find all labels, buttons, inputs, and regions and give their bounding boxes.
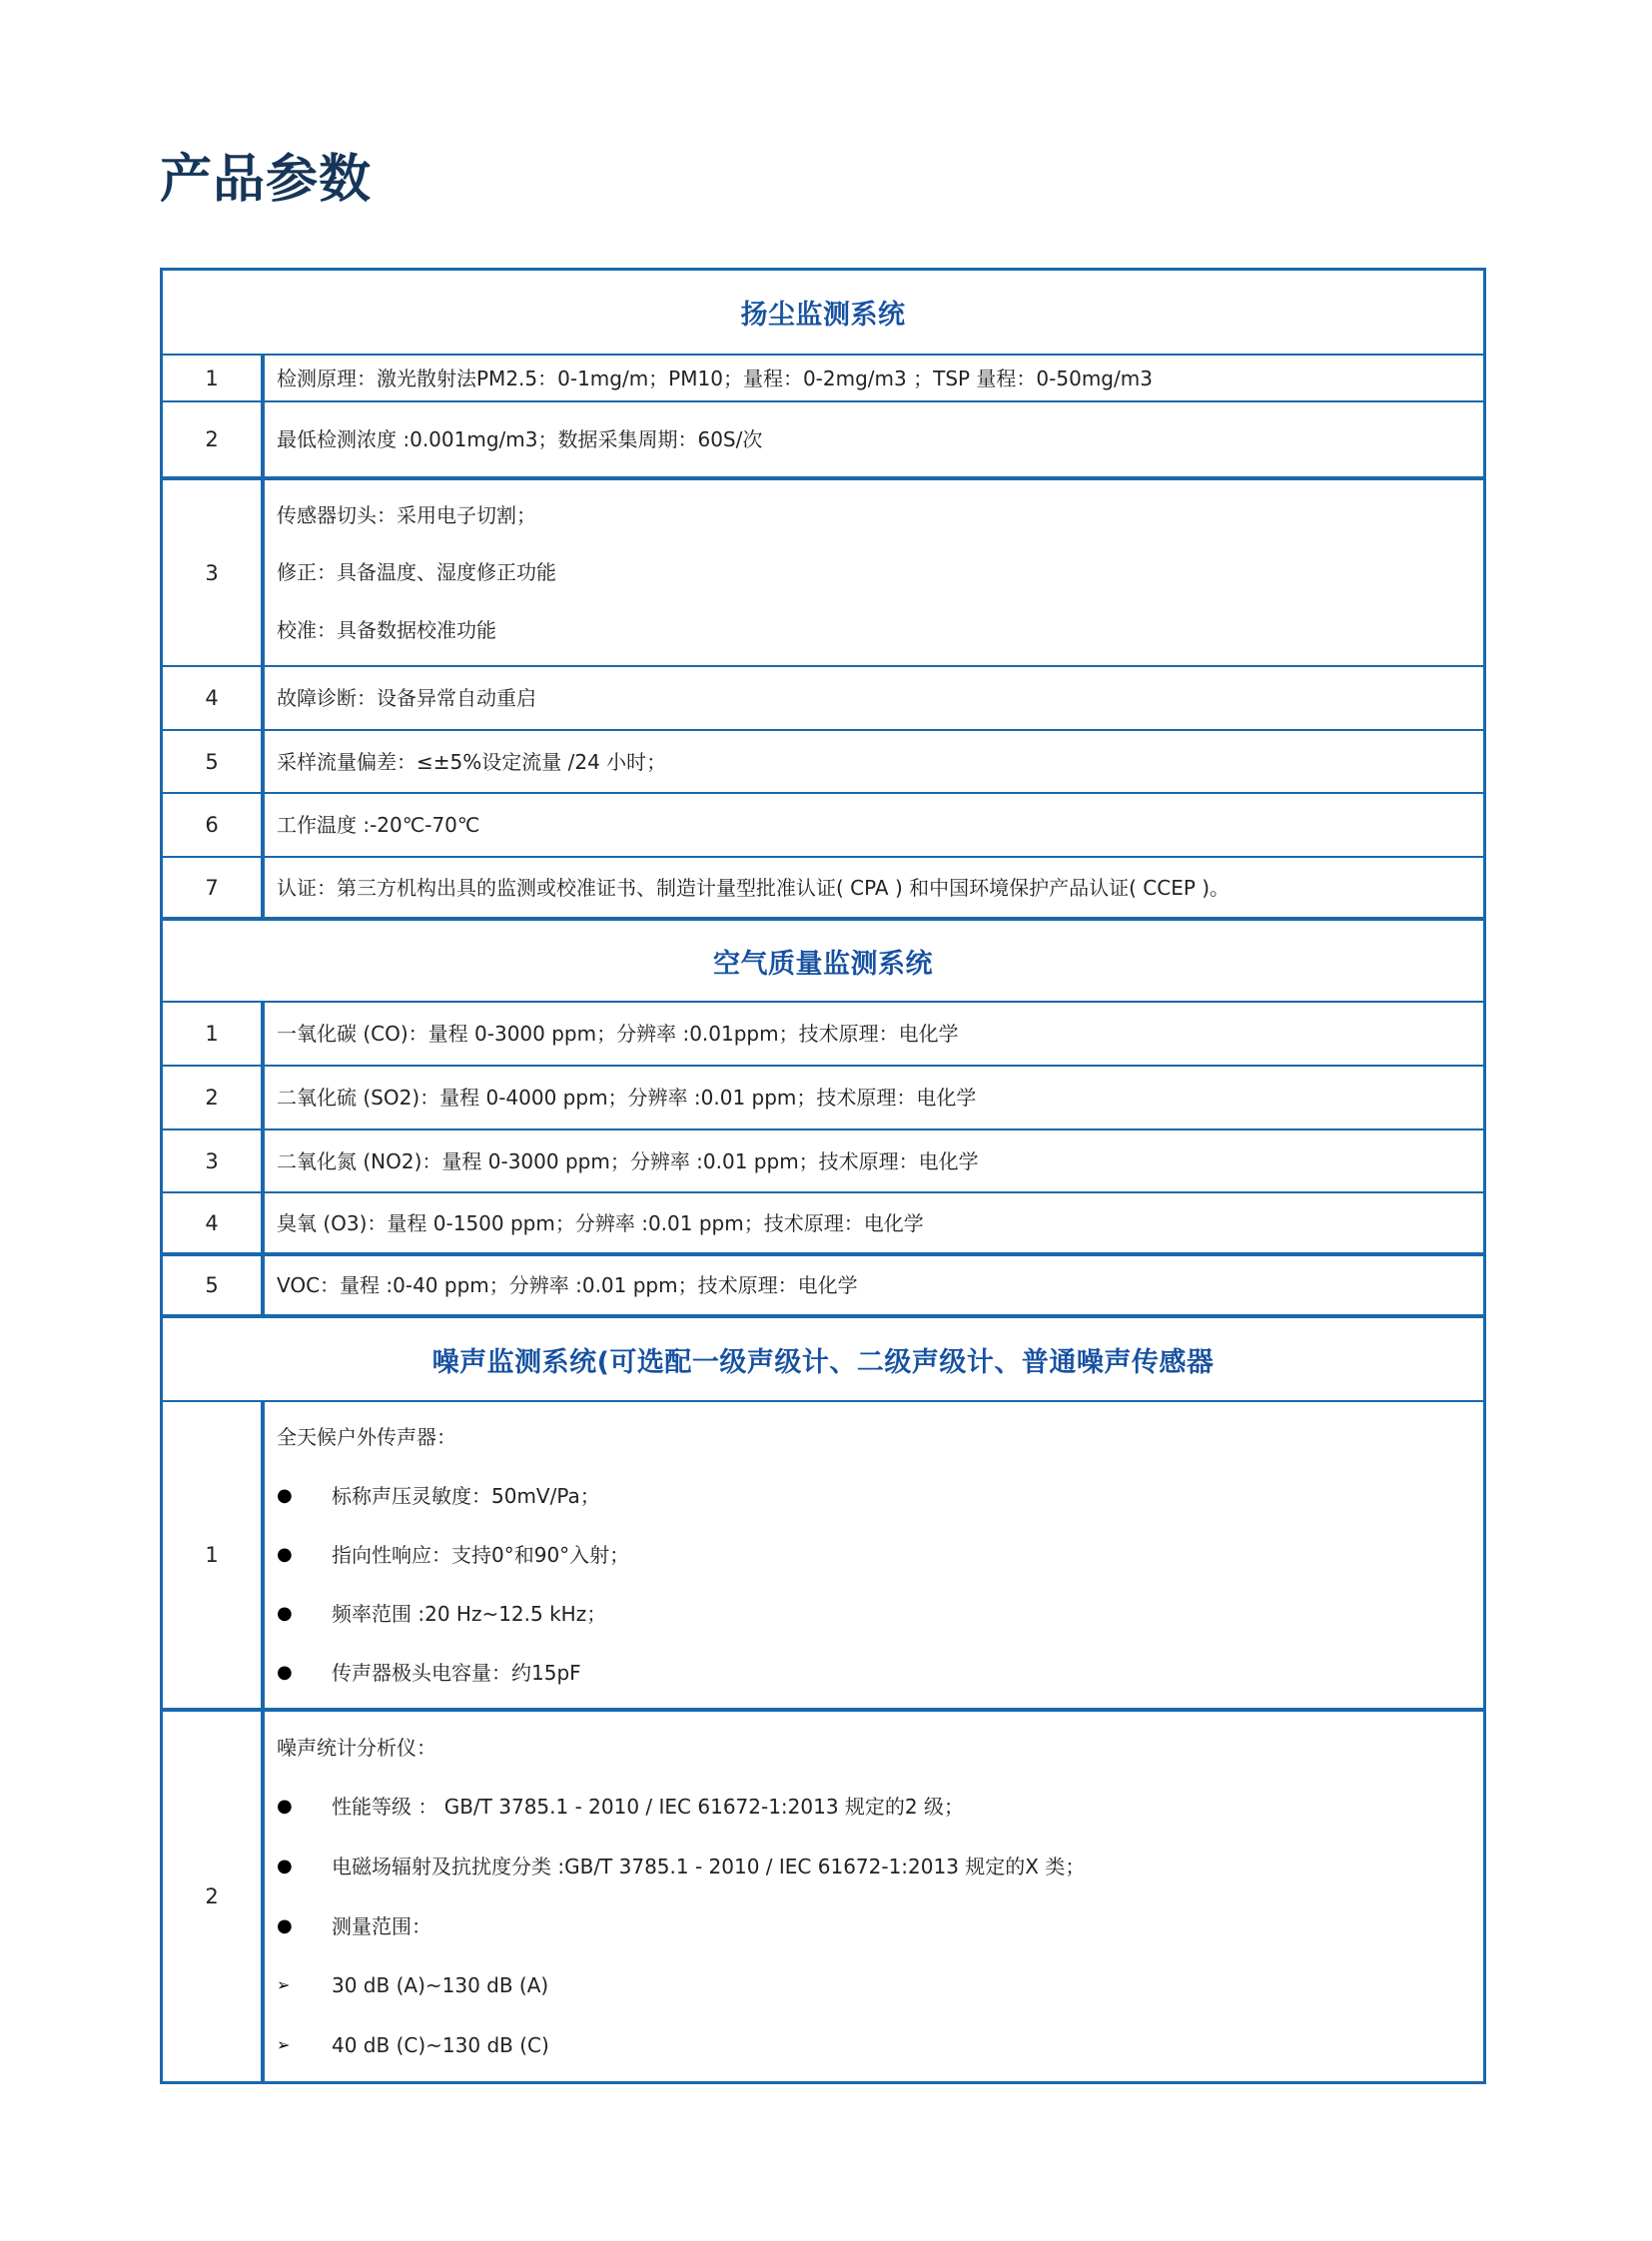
bullet-item: ● 测量范围： [277,1912,1483,1940]
spec-line: 认证：第三方机构出具的监测或校准证书、制造计量型批准认证( CPA ) 和中国环… [277,874,1483,902]
table-row: 1 全天候户外传声器： ● 标称声压灵敏度：50mV/Pa； ● 指向性响应：支… [163,1402,1483,1712]
bullet-text: 40 dB (C)~130 dB (C) [332,2031,549,2059]
row-content: 臭氧 (O3)：量程 0-1500 ppm；分辨率 :0.01 ppm；技术原理… [265,1193,1483,1252]
table-row: 6 工作温度 :-20℃-70℃ [163,794,1483,858]
row-content: 工作温度 :-20℃-70℃ [265,794,1483,856]
table-row: 5 VOC：量程 :0-40 ppm；分辨率 :0.01 ppm；技术原理：电化… [163,1256,1483,1318]
bullet-text: 测量范围： [332,1912,431,1940]
table-row: 4 故障诊断：设备异常自动重启 [163,667,1483,731]
bullet-item: ● 电磁场辐射及抗扰度分类 :GB/T 3785.1 - 2010 / IEC … [277,1853,1483,1880]
bullet-text: 指向性响应：支持0°和90°入射； [332,1541,629,1569]
spec-line: 校准：具备数据校准功能 [277,616,1483,644]
spec-table: 扬尘监测系统 1 检测原理：激光散射法PM2.5：0-1mg/m；PM10；量程… [160,268,1486,2084]
table-row: 7 认证：第三方机构出具的监测或校准证书、制造计量型批准认证( CPA ) 和中… [163,858,1483,921]
bullet-item: ➢ 40 dB (C)~130 dB (C) [277,2031,1483,2059]
row-number: 4 [163,667,265,729]
spec-line: 臭氧 (O3)：量程 0-1500 ppm；分辨率 :0.01 ppm；技术原理… [277,1209,1483,1237]
table-row: 1 检测原理：激光散射法PM2.5：0-1mg/m；PM10；量程：0-2mg/… [163,356,1483,402]
bullet-item: ● 指向性响应：支持0°和90°入射； [277,1541,1483,1569]
bullet-item: ● 频率范围 :20 Hz~12.5 kHz； [277,1600,1483,1628]
bullet-text: 传声器极头电容量：约15pF [332,1659,581,1687]
bullet-text: 频率范围 :20 Hz~12.5 kHz； [332,1600,606,1628]
bullet-text: 标称声压灵敏度：50mV/Pa； [332,1482,600,1510]
spec-line: 工作温度 :-20℃-70℃ [277,811,1483,839]
bullet-dot-icon: ● [277,1482,332,1510]
table-row: 2 最低检测浓度 :0.001mg/m3；数据采集周期：60S/次 [163,402,1483,480]
row-number: 2 [163,1712,265,2081]
bullet-dot-icon: ● [277,1659,332,1687]
row-content: 二氧化氮 (NO2)：量程 0-3000 ppm；分辨率 :0.01 ppm；技… [265,1130,1483,1191]
bullet-text: 性能等级 ： GB/T 3785.1 - 2010 / IEC 61672-1:… [332,1793,964,1821]
arrow-bullet-icon: ➢ [277,1971,332,1999]
row-content: 噪声统计分析仪： ● 性能等级 ： GB/T 3785.1 - 2010 / I… [265,1712,1483,2081]
arrow-bullet-icon: ➢ [277,2031,332,2059]
spec-line: 二氧化硫 (SO2)：量程 0-4000 ppm；分辨率 :0.01 ppm；技… [277,1084,1483,1112]
table-row: 2 二氧化硫 (SO2)：量程 0-4000 ppm；分辨率 :0.01 ppm… [163,1067,1483,1130]
bullet-dot-icon: ● [277,1912,332,1940]
row-number: 3 [163,1130,265,1191]
row-number: 2 [163,1067,265,1128]
row-number: 6 [163,794,265,856]
row-number: 1 [163,1003,265,1065]
bullet-dot-icon: ● [277,1541,332,1569]
row-content: 最低检测浓度 :0.001mg/m3；数据采集周期：60S/次 [265,402,1483,476]
spec-line: 故障诊断：设备异常自动重启 [277,684,1483,712]
table-row: 3 二氧化氮 (NO2)：量程 0-3000 ppm；分辨率 :0.01 ppm… [163,1130,1483,1193]
bullet-dot-icon: ● [277,1600,332,1628]
row-content: 认证：第三方机构出具的监测或校准证书、制造计量型批准认证( CPA ) 和中国环… [265,858,1483,917]
bullet-dot-icon: ● [277,1793,332,1821]
page-title: 产品参数 [160,148,372,212]
row-content: 检测原理：激光散射法PM2.5：0-1mg/m；PM10；量程：0-2mg/m3… [265,356,1483,400]
row-number: 1 [163,356,265,400]
spec-intro: 噪声统计分析仪： [277,1734,1483,1762]
bullet-text: 30 dB (A)~130 dB (A) [332,1971,548,1999]
section-header-air-quality: 空气质量监测系统 [163,921,1483,1003]
spec-intro: 全天候户外传声器： [277,1423,1483,1451]
row-content: 全天候户外传声器： ● 标称声压灵敏度：50mV/Pa； ● 指向性响应：支持0… [265,1402,1483,1708]
bullet-item: ● 传声器极头电容量：约15pF [277,1659,1483,1687]
spec-line: 最低检测浓度 :0.001mg/m3；数据采集周期：60S/次 [277,425,1483,453]
row-number: 3 [163,480,265,665]
row-content: 故障诊断：设备异常自动重启 [265,667,1483,729]
table-row: 4 臭氧 (O3)：量程 0-1500 ppm；分辨率 :0.01 ppm；技术… [163,1193,1483,1256]
row-number: 5 [163,731,265,792]
row-number: 1 [163,1402,265,1708]
row-number: 5 [163,1256,265,1314]
row-content: 采样流量偏差：≤±5%设定流量 /24 小时； [265,731,1483,792]
table-row: 1 一氧化碳 (CO)：量程 0-3000 ppm；分辨率 :0.01ppm；技… [163,1003,1483,1067]
spec-line: 二氧化氮 (NO2)：量程 0-3000 ppm；分辨率 :0.01 ppm；技… [277,1147,1483,1175]
row-content: 传感器切头：采用电子切割； 修正：具备温度、湿度修正功能 校准：具备数据校准功能 [265,480,1483,665]
row-content: VOC：量程 :0-40 ppm；分辨率 :0.01 ppm；技术原理：电化学 [265,1256,1483,1314]
row-content: 二氧化硫 (SO2)：量程 0-4000 ppm；分辨率 :0.01 ppm；技… [265,1067,1483,1128]
table-row: 5 采样流量偏差：≤±5%设定流量 /24 小时； [163,731,1483,794]
spec-line: 检测原理：激光散射法PM2.5：0-1mg/m；PM10；量程：0-2mg/m3… [277,365,1483,392]
row-number: 2 [163,402,265,476]
row-number: 4 [163,1193,265,1252]
section-header-dust: 扬尘监测系统 [163,271,1483,356]
spec-line: VOC：量程 :0-40 ppm；分辨率 :0.01 ppm；技术原理：电化学 [277,1271,1483,1299]
row-content: 一氧化碳 (CO)：量程 0-3000 ppm；分辨率 :0.01ppm；技术原… [265,1003,1483,1065]
bullet-item: ● 标称声压灵敏度：50mV/Pa； [277,1482,1483,1510]
row-number: 7 [163,858,265,917]
spec-line: 一氧化碳 (CO)：量程 0-3000 ppm；分辨率 :0.01ppm；技术原… [277,1020,1483,1048]
bullet-dot-icon: ● [277,1853,332,1880]
table-row: 3 传感器切头：采用电子切割； 修正：具备温度、湿度修正功能 校准：具备数据校准… [163,480,1483,667]
spec-line: 修正：具备温度、湿度修正功能 [277,558,1483,586]
bullet-item: ● 性能等级 ： GB/T 3785.1 - 2010 / IEC 61672-… [277,1793,1483,1821]
table-row: 2 噪声统计分析仪： ● 性能等级 ： GB/T 3785.1 - 2010 /… [163,1712,1483,2081]
bullet-item: ➢ 30 dB (A)~130 dB (A) [277,1971,1483,1999]
spec-line: 采样流量偏差：≤±5%设定流量 /24 小时； [277,748,1483,776]
section-header-noise: 噪声监测系统(可选配一级声级计、二级声级计、普通噪声传感器 [163,1318,1483,1402]
bullet-text: 电磁场辐射及抗扰度分类 :GB/T 3785.1 - 2010 / IEC 61… [332,1853,1085,1880]
spec-line: 传感器切头：采用电子切割； [277,501,1483,529]
